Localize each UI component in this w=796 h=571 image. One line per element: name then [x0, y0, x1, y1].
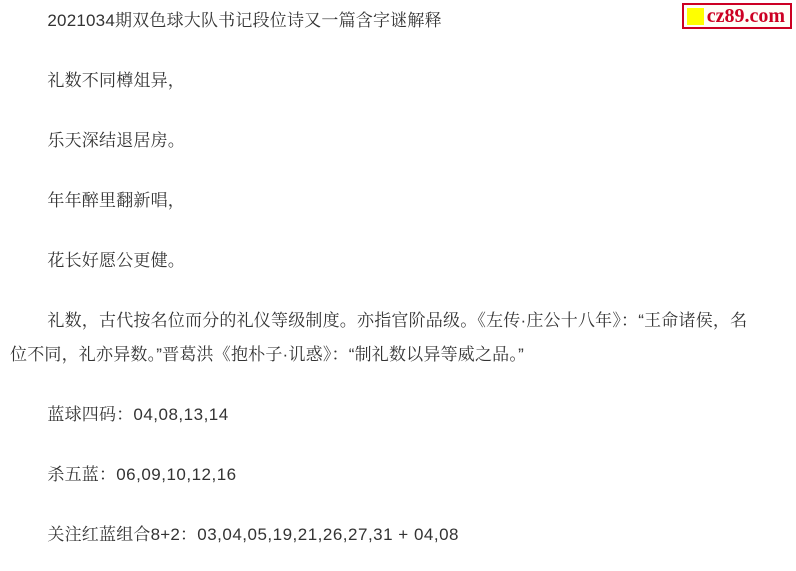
red-blue-combo-label: 关注红蓝组合8+2： [47, 525, 197, 544]
article-content: 2021034期双色球大队书记段位诗又一篇含字谜解释 礼数不同樽俎异， 乐天深结… [0, 0, 782, 571]
watermark-text: cz89.com [707, 6, 785, 26]
red-blue-combo-separator: + [393, 525, 414, 544]
poem-line-4: 花长好愿公更健。 [10, 244, 770, 278]
cz89-watermark-logo: cz89.com [682, 3, 792, 29]
poem-line-1: 礼数不同樽俎异， [10, 64, 770, 98]
kill-five-blue-line: 杀五蓝：06,09,10,12,16 [10, 458, 770, 492]
blue-four-values: 04,08,13,14 [133, 405, 228, 424]
blue-four-codes-line: 蓝球四码：04,08,13,14 [10, 398, 770, 432]
red-blue-combo-red-values: 03,04,05,19,21,26,27,31 [197, 525, 393, 544]
explanation-paragraph: 礼数，古代按名位而分的礼仪等级制度。亦指官阶品级。《左传·庄公十八年》：“王命诸… [10, 304, 752, 372]
kill-five-blue-values: 06,09,10,12,16 [116, 465, 236, 484]
blue-four-label: 蓝球四码： [47, 405, 133, 424]
red-blue-combo-line: 关注红蓝组合8+2：03,04,05,19,21,26,27,31 + 04,0… [10, 518, 770, 552]
poem-line-2: 乐天深结退居房。 [10, 124, 770, 158]
page-title: 2021034期双色球大队书记段位诗又一篇含字谜解释 [10, 4, 770, 38]
red-blue-combo-blue-values: 04,08 [414, 525, 459, 544]
poem-line-3: 年年醉里翻新唱， [10, 184, 770, 218]
yellow-square-icon [687, 8, 704, 25]
article-page: cz89.com 2021034期双色球大队书记段位诗又一篇含字谜解释 礼数不同… [0, 0, 796, 571]
kill-five-blue-label: 杀五蓝： [47, 465, 116, 484]
